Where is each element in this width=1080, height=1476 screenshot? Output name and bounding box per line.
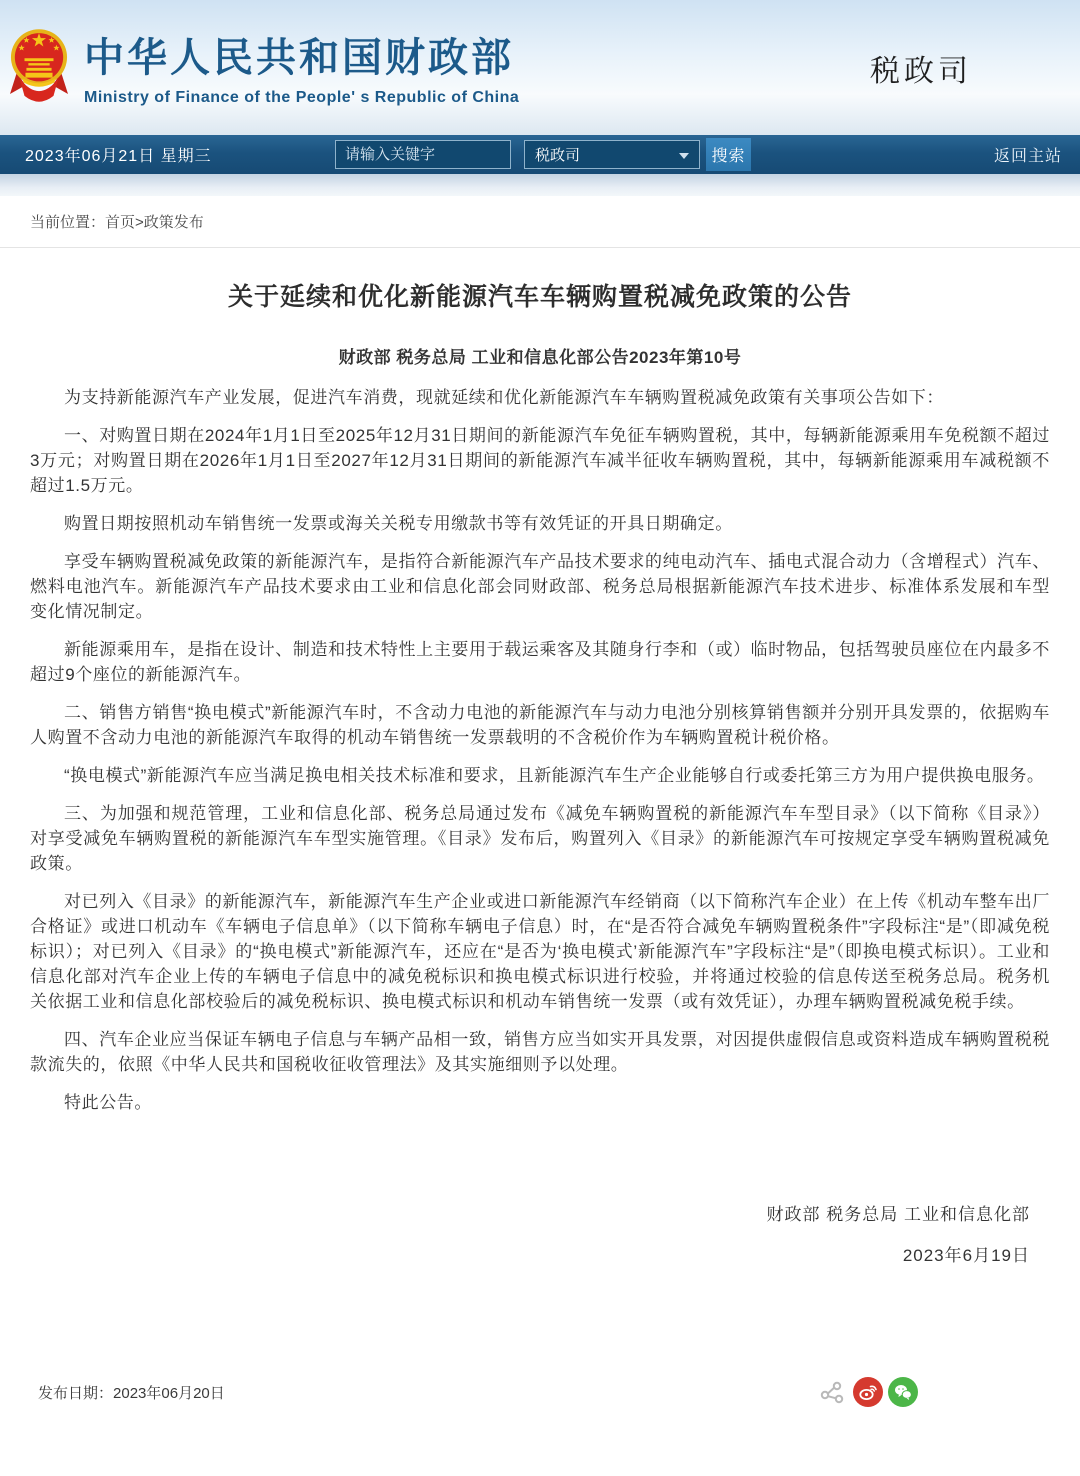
- chevron-down-icon: [679, 153, 689, 159]
- breadcrumb-path[interactable]: 首页>政策发布: [105, 211, 204, 232]
- publish-date-value: 2023年06月20日: [113, 1385, 225, 1402]
- paragraph: 为支持新能源汽车产业发展，促进汽车消费，现就延续和优化新能源汽车车辆购置税减免政…: [30, 385, 1050, 410]
- paragraph: 二、销售方销售“换电模式”新能源汽车时，不含动力电池的新能源汽车与动力电池分别核…: [30, 700, 1050, 750]
- header-bottom-strip: [0, 174, 1080, 196]
- weibo-icon[interactable]: [853, 1377, 883, 1407]
- page: 中华人民共和国财政部 Ministry of Finance of the Pe…: [0, 0, 1080, 1476]
- department-title: 税政司: [870, 46, 972, 90]
- current-date: 2023年06月21日 星期三: [25, 143, 212, 166]
- document-number: 财政部 税务总局 工业和信息化部公告2023年第10号: [30, 343, 1050, 368]
- article: 关于延续和优化新能源汽车车辆购置税减免政策的公告 财政部 税务总局 工业和信息化…: [0, 282, 1080, 1266]
- wechat-icon[interactable]: [888, 1377, 918, 1407]
- site-header: 中华人民共和国财政部 Ministry of Finance of the Pe…: [0, 0, 1080, 135]
- national-emblem-icon: [10, 24, 68, 111]
- publish-date-label: 发布日期：: [38, 1385, 113, 1402]
- site-subtitle: Ministry of Finance of the People' s Rep…: [84, 89, 519, 107]
- back-to-main-site-link[interactable]: 返回主站: [994, 143, 1062, 166]
- article-title: 关于延续和优化新能源汽车车辆购置税减免政策的公告: [90, 282, 990, 313]
- paragraph: 四、汽车企业应当保证车辆电子信息与车辆产品相一致，销售方应当如实开具发票，对因提…: [30, 1027, 1050, 1077]
- paragraph: 对已列入《目录》的新能源汽车，新能源汽车生产企业或进口新能源汽车经销商（以下简称…: [30, 889, 1050, 1014]
- paragraph: “换电模式”新能源汽车应当满足换电相关技术标准和要求，且新能源汽车生产企业能够自…: [30, 763, 1050, 788]
- search-scope-value: 税政司: [535, 144, 580, 165]
- issue-date: 2023年6月19日: [30, 1241, 1050, 1266]
- paragraph: 享受车辆购置税减免政策的新能源汽车，是指符合新能源汽车产品技术要求的纯电动汽车、…: [30, 549, 1050, 624]
- paragraph: 购置日期按照机动车销售统一发票或海关关税专用缴款书等有效凭证的开具日期确定。: [30, 511, 1050, 536]
- paragraph: 三、为加强和规范管理，工业和信息化部、税务总局通过发布《减免车辆购置税的新能源汽…: [30, 801, 1050, 876]
- article-body: 为支持新能源汽车产业发展，促进汽车消费，现就延续和优化新能源汽车车辆购置税减免政…: [30, 385, 1050, 1115]
- page-footer: 发布日期：2023年06月20日: [0, 1370, 1080, 1414]
- breadcrumb: 当前位置： 首页>政策发布: [0, 196, 1080, 248]
- publish-date: 发布日期：2023年06月20日: [38, 1382, 225, 1403]
- search-input[interactable]: [335, 140, 511, 169]
- search-scope-dropdown[interactable]: 税政司: [524, 140, 700, 169]
- breadcrumb-label: 当前位置：: [30, 211, 105, 232]
- paragraph: 一、对购置日期在2024年1月1日至2025年12月31日期间的新能源汽车免征车…: [30, 423, 1050, 498]
- paragraph: 特此公告。: [30, 1090, 1050, 1115]
- search-button[interactable]: 搜索: [706, 138, 751, 171]
- navbar: 2023年06月21日 星期三 税政司 搜索 返回主站: [0, 135, 1080, 174]
- paragraph: 新能源乘用车，是指在设计、制造和技术特性上主要用于载运乘客及其随身行李和（或）临…: [30, 637, 1050, 687]
- site-title: 中华人民共和国财政部: [84, 26, 519, 83]
- issuing-authorities: 财政部 税务总局 工业和信息化部: [30, 1200, 1050, 1225]
- share-icon[interactable]: [818, 1377, 848, 1407]
- share-box: [818, 1377, 918, 1407]
